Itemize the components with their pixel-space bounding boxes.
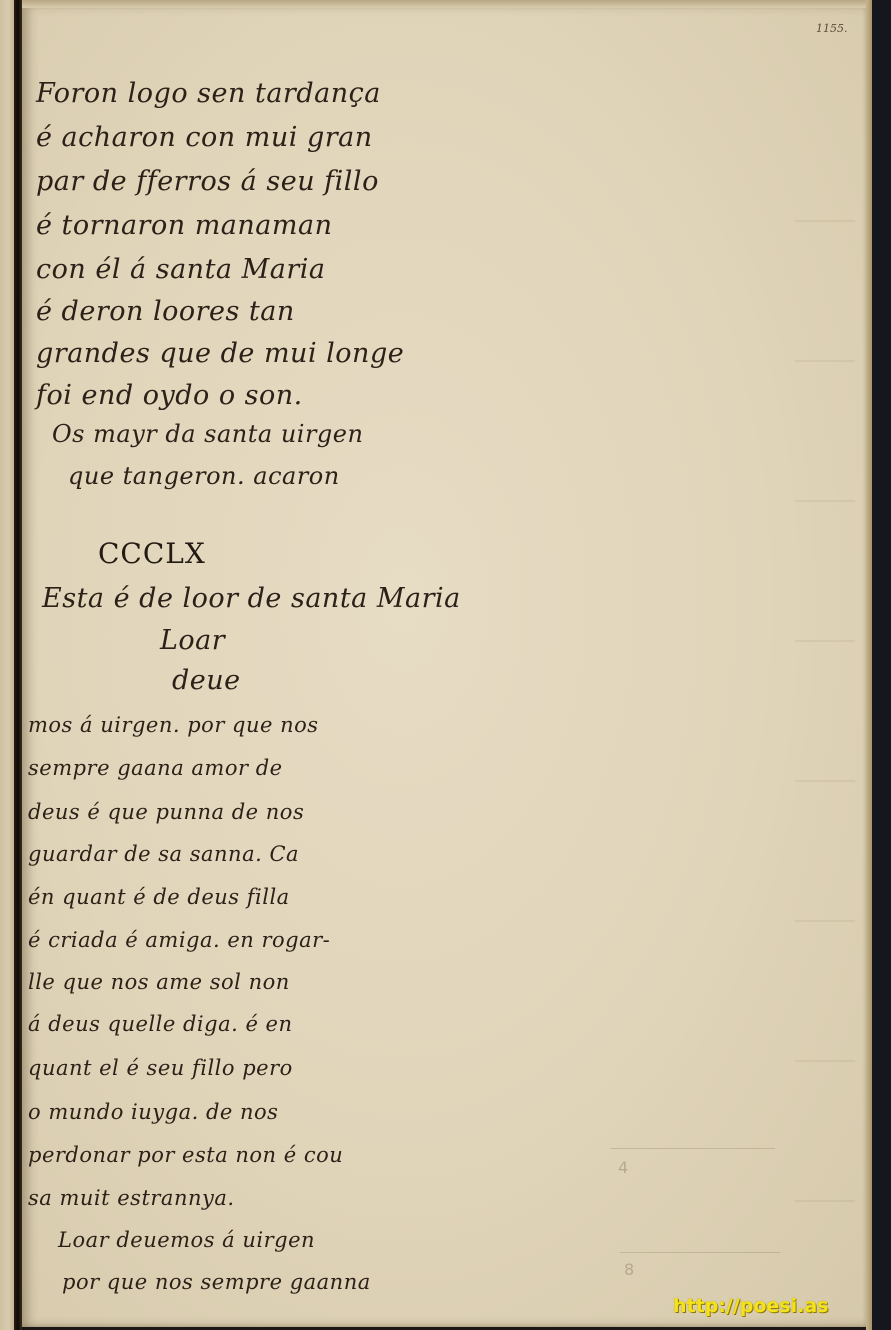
verse-line: én quant é de deus filla	[28, 885, 290, 909]
bleed-through-mark: 8	[624, 1260, 634, 1279]
closing-line: que tangeron. acaron	[68, 462, 340, 490]
verse-line: sa muit estrannya.	[28, 1186, 235, 1210]
page-top-edge	[22, 0, 868, 8]
background-dark	[872, 0, 891, 1330]
verse-line: é criada é amiga. en rogar-	[28, 928, 330, 952]
bleed-through-mark: 4	[618, 1158, 628, 1177]
facing-page-edge	[0, 0, 14, 1330]
folio-number: 1155.	[816, 22, 848, 35]
verse-line: á deus quelle diga. é en	[28, 1012, 293, 1036]
cantiga-rubric: Esta é de loor de santa Maria	[42, 583, 461, 614]
verse-line: par de fferros á seu fillo	[36, 166, 379, 197]
verse-line: lle que nos ame sol non	[28, 970, 290, 994]
refrain-repeat: Loar deuemos á uirgen	[58, 1228, 315, 1252]
verse-line: perdonar por esta non é cou	[28, 1143, 343, 1167]
manuscript-page	[22, 4, 868, 1327]
book-gutter	[14, 0, 22, 1330]
verse-line: é deron loores tan	[36, 296, 295, 327]
verse-line: foi end oydo o son.	[36, 380, 303, 411]
verse-line: é acharon con mui gran	[36, 122, 373, 153]
bleed-through-ornament	[795, 150, 855, 1250]
verse-line: sempre gaana amor de	[28, 756, 283, 780]
verse-line: con él á santa Maria	[36, 254, 325, 285]
bleed-through-line	[610, 1148, 775, 1149]
verse-line: mos á uirgen. por que nos	[28, 713, 319, 737]
verse-line: quant el é seu fillo pero	[28, 1056, 293, 1080]
verse-line: é tornaron manaman	[36, 210, 332, 241]
verse-line: deus é que punna de nos	[28, 800, 304, 824]
closing-line: Os mayr da santa uirgen	[52, 420, 363, 448]
refrain-initial: Loar	[160, 625, 225, 656]
verse-line: grandes que de mui longe	[36, 338, 404, 369]
site-watermark: http://poesi.as	[673, 1295, 828, 1317]
bleed-through-line	[620, 1252, 780, 1253]
cantiga-number: CCCLX	[98, 537, 206, 570]
refrain-repeat: por que nos sempre gaanna	[62, 1270, 371, 1294]
refrain-initial-2: deue	[172, 665, 241, 696]
verse-line: Foron logo sen tardança	[36, 78, 381, 109]
verse-line: guardar de sa sanna. Ca	[28, 842, 299, 866]
verse-line: o mundo iuyga. de nos	[28, 1100, 278, 1124]
